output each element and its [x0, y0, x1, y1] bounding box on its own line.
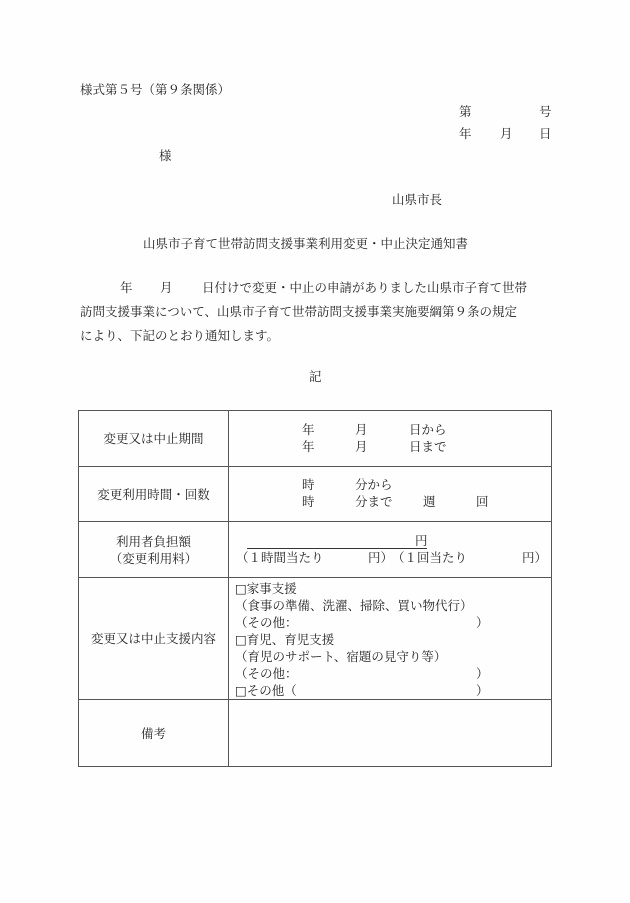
time-label: 変更利用時間・回数 — [79, 467, 229, 522]
support-label: 変更又は中止支援内容 — [79, 578, 229, 700]
table-row-fee: 利用者負担額 （変更利用料） 円 （１時間当たり 円） （１回当たり 円） — [79, 522, 552, 578]
period-label: 変更又は中止期間 — [79, 411, 229, 467]
document-title: 山県市子育て世帯訪問支援事業利用変更・中止決定通知書 — [143, 238, 468, 251]
issuer: 山県市長 — [392, 194, 442, 207]
body-line-3: により、下記のとおり通知します。 — [80, 324, 555, 348]
body-paragraph: 年 月 日付けで変更・中止の申請がありました山県市子育て世帯 訪問支援事業につい… — [80, 276, 555, 348]
body-line-1: 年 月 日付けで変更・中止の申請がありました山県市子育て世帯 — [80, 276, 555, 300]
support-checkbox-other[interactable]: □その他（） — [235, 682, 551, 699]
form-number: 様式第５号（第９条関係） — [80, 84, 230, 97]
date-month: 月 — [500, 128, 513, 141]
fee-label: 利用者負担額 （変更利用料） — [79, 522, 229, 578]
date-year: 年 — [459, 128, 472, 141]
fee-value[interactable]: 円 （１時間当たり 円） （１回当たり 円） — [229, 522, 552, 578]
support-checkbox-housework[interactable]: □家事支援 — [235, 580, 551, 597]
time-value[interactable]: 時 分から 時 分まで 週 回 — [229, 467, 552, 522]
table-row-time: 変更利用時間・回数 時 分から 時 分まで 週 回 — [79, 467, 552, 522]
remarks-value[interactable] — [229, 700, 552, 767]
remarks-label: 備考 — [79, 700, 229, 767]
period-value[interactable]: 年 月 日から 年 月 日まで — [229, 411, 552, 467]
addressee-suffix: 様 — [159, 150, 172, 163]
fee-underline — [247, 548, 427, 549]
table-row-remarks: 備考 — [79, 700, 552, 767]
body-line-2: 訪問支援事業について、山県市子育て世帯訪問支援事業実施要綱第９条の規定 — [80, 300, 555, 324]
date-day: 日 — [539, 128, 552, 141]
support-value[interactable]: □家事支援 （食事の準備、洗濯、掃除、買い物代行） （その他：） □育児、育児支… — [229, 578, 552, 700]
table-row-period: 変更又は中止期間 年 月 日から 年 月 日まで — [79, 411, 552, 467]
details-table: 変更又は中止期間 年 月 日から 年 月 日まで 変更利用時間・回数 時 分から… — [78, 410, 552, 767]
doc-number-prefix: 第 — [459, 106, 472, 119]
doc-number-suffix: 号 — [539, 106, 552, 119]
table-row-support: 変更又は中止支援内容 □家事支援 （食事の準備、洗濯、掃除、買い物代行） （その… — [79, 578, 552, 700]
ki-marker: 記 — [309, 371, 322, 384]
support-checkbox-childcare[interactable]: □育児、育児支援 — [235, 631, 551, 648]
